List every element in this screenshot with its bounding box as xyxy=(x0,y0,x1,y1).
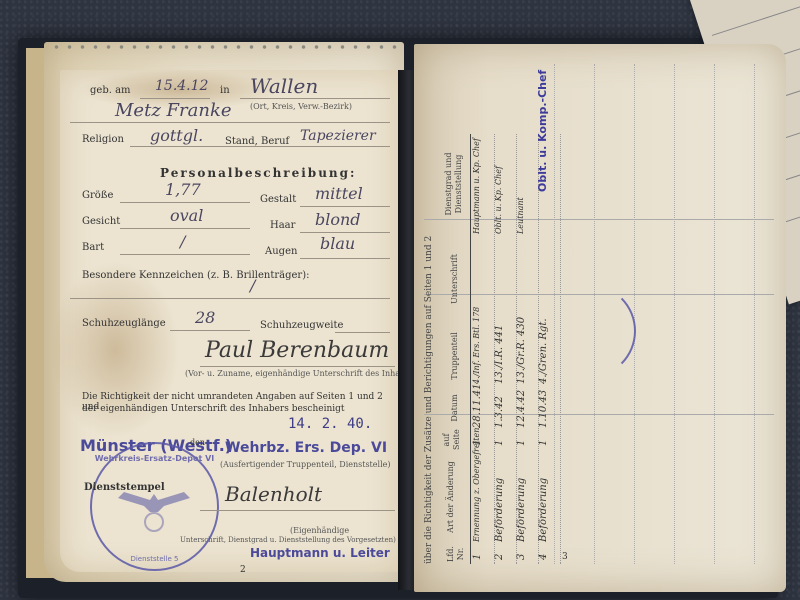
row-rank: Leutnant xyxy=(516,197,525,234)
row-unit: 13./I.R. 441 xyxy=(494,325,505,384)
row-unit: 13./Gr.R. 430 xyxy=(516,317,527,384)
row-date: 28.11.41 xyxy=(472,383,483,428)
unit-caption: (Ausfertigender Truppenteil, Dienststell… xyxy=(220,460,390,469)
place-caption: (Ort, Kreis, Verw.-Bezirk) xyxy=(250,102,352,111)
holder-signature: Paul Berenbaum xyxy=(205,338,389,363)
row-nr: 4 xyxy=(538,554,549,560)
partial-round-stamp xyxy=(542,284,636,378)
col-signature: Unterschrift xyxy=(450,244,460,314)
section-heading: Personalbeschreibung: xyxy=(160,166,356,180)
row-change: Beförderung xyxy=(494,478,505,542)
district-line: Metz Franke xyxy=(115,100,232,121)
row-nr: 1 xyxy=(472,554,483,560)
officer-rank-stamp: Hauptmann u. Leiter xyxy=(250,546,390,560)
row-page: 1 xyxy=(538,440,549,446)
table-row: 2 Beförderung 1 1.3.42 13./I.R. 441 Oblt… xyxy=(494,134,517,564)
special-marks-value: / xyxy=(250,276,255,295)
left-page: geb. am 15.4.12 in Wallen (Ort, Kreis, V… xyxy=(44,42,404,582)
field-value-beard: / xyxy=(180,232,185,251)
holder-signature-caption: (Vor- u. Zuname, eigenhändige Unterschri… xyxy=(185,369,421,378)
table-row: 3 Beförderung 1 12.4.42 13./Gr.R. 430 Le… xyxy=(516,134,539,564)
officer-caption-1: (Eigenhändige xyxy=(290,526,349,535)
field-value-hair: blond xyxy=(315,210,361,229)
field-value-height: 1,77 xyxy=(165,180,201,199)
shoe-width-label: Schuhzeugweite xyxy=(260,320,343,331)
col-change: Art der Änderung xyxy=(446,452,456,542)
field-value-build: mittel xyxy=(315,184,363,203)
corrections-table: über die Richtigkeit der Zusätze und Ber… xyxy=(424,64,554,564)
col-page: auf Seite xyxy=(442,430,462,450)
field-value-eyes: blau xyxy=(320,234,355,253)
in-label: in xyxy=(220,85,230,96)
right-page: über die Richtigkeit der Zusätze und Ber… xyxy=(414,44,786,592)
den-label: den xyxy=(190,438,205,447)
born-label: geb. am xyxy=(90,85,131,96)
row-page: 1 xyxy=(494,440,505,446)
field-value-face: oval xyxy=(170,206,203,225)
born-date: 15.4.12 xyxy=(155,78,208,94)
birthplace: Wallen xyxy=(250,74,318,98)
row-unit: 4./Inf. Ers. Btl. 178 xyxy=(472,307,481,384)
religion-label: Religion xyxy=(82,134,124,145)
special-marks-label: Besondere Kennzeichen (z. B. Brillenträg… xyxy=(82,270,309,281)
row-change: Beförderung xyxy=(538,478,549,542)
col-unit: Truppenteil xyxy=(450,326,460,386)
row-date: 12.4.42 xyxy=(516,390,527,428)
perforation-edge xyxy=(50,44,398,50)
field-label-eyes: Augen xyxy=(265,246,297,257)
row-rank: Hauptmann u. Kp. Chef xyxy=(472,138,481,234)
religion-value: gottgl. xyxy=(150,126,203,145)
rank-stamp: Oblt. u. Komp.-Chef xyxy=(536,70,549,192)
shoe-length-value: 28 xyxy=(195,308,215,327)
round-stamp-bottom: Dienststelle 5 xyxy=(92,555,217,563)
row-change: Beförderung xyxy=(516,478,527,542)
table-header: Lfd. Nr. Art der Änderung auf Seite Datu… xyxy=(440,134,471,564)
round-stamp-text: Wehrkreis-Ersatz-Depot VI xyxy=(92,454,217,463)
field-label-beard: Bart xyxy=(82,242,104,253)
certification-date: 14. 2. 40. xyxy=(288,416,372,432)
official-stamp-label: Dienststempel xyxy=(84,482,165,493)
field-label-height: Größe xyxy=(82,190,113,201)
row-nr: 2 xyxy=(494,554,505,560)
unit-stamp: Wehrbz. Ers. Dep. VI xyxy=(225,440,387,456)
occupation-value: Tapezierer xyxy=(300,128,376,144)
field-label-build: Gestalt xyxy=(260,194,296,205)
row-date: 1.10.43 xyxy=(538,390,549,428)
officer-caption-2: Unterschrift, Dienstgrad u. Dienststellu… xyxy=(180,536,396,544)
left-page-form: geb. am 15.4.12 in Wallen (Ort, Kreis, V… xyxy=(60,70,398,572)
official-round-stamp: Wehrkreis-Ersatz-Depot VI Dienststelle 5 xyxy=(90,442,219,571)
row-nr: 3 xyxy=(516,554,527,560)
shoe-length-label: Schuhzeuglänge xyxy=(82,318,166,329)
field-label-face: Gesicht xyxy=(82,216,120,227)
page-number-right: 3 xyxy=(562,552,568,562)
row-rank: Oblt. u. Kp. Chef xyxy=(494,166,503,234)
col-date: Datum xyxy=(450,388,460,428)
certification-text-2: der eigenhändigen Unterschrift des Inhab… xyxy=(82,404,345,414)
row-date: 1.3.42 xyxy=(494,396,505,428)
officer-signature: Balenholt xyxy=(225,482,322,506)
row-page: 1 xyxy=(516,440,527,446)
table-row: 1 Ernennung z. Obergefreiten 1 28.11.41 … xyxy=(472,134,495,564)
field-label-hair: Haar xyxy=(270,220,295,231)
row-page: 1 xyxy=(472,440,483,446)
table-title: über die Richtigkeit der Zusätze und Ber… xyxy=(424,64,434,564)
page-number-left: 2 xyxy=(240,565,246,575)
col-nr: Lfd. Nr. xyxy=(446,544,466,564)
col-rank: Dienstgrad und Dienststellung xyxy=(444,134,464,234)
